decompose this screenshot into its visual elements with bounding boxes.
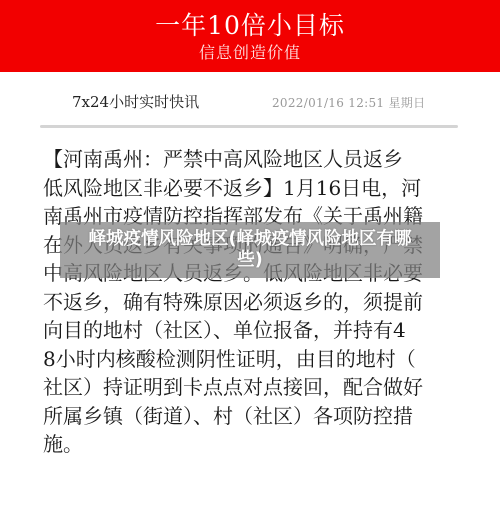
article-body: 【河南禹州：严禁中高风险地区人员返乡 低风险地区非必要不返乡】1月16日电，河 … [43,145,473,459]
banner-subtitle: 信息创造价值 [0,43,500,63]
caption-overlay: 峄城疫情风险地区(峄城疫情风险地区有哪些) [60,222,440,278]
section-label: 7x24小时实时快讯 [72,90,199,114]
publish-datetime: 2022/01/16 12:51 星期日 [272,91,425,115]
news-meta: 7x24小时实时快讯 2022/01/16 12:51 星期日 [72,90,462,114]
header-banner: 一年10倍小目标 信息创造价值 [0,0,500,72]
article-line: 低风险地区非必要不返乡】1月16日电，河 [43,174,473,203]
article-line: 施。 [43,430,473,459]
article-line: 所属乡镇（街道）、村（社区）各项防控措 [43,402,473,431]
banner-title: 一年10倍小目标 [0,12,500,40]
article-line: 不返乡，确有特殊原因必须返乡的，须提前 [43,288,473,317]
divider [40,125,458,128]
article-line: 向目的地村（社区）、单位报备，并持有4 [43,316,473,345]
overlay-caption: 峄城疫情风险地区(峄城疫情风险地区有哪些) [80,229,420,271]
article-line: 社区）持证明到卡点点对点接回，配合做好 [43,373,473,402]
article-line: 8小时内核酸检测阴性证明，由目的地村（ [43,345,473,374]
article-line: 【河南禹州：严禁中高风险地区人员返乡 [43,145,473,174]
